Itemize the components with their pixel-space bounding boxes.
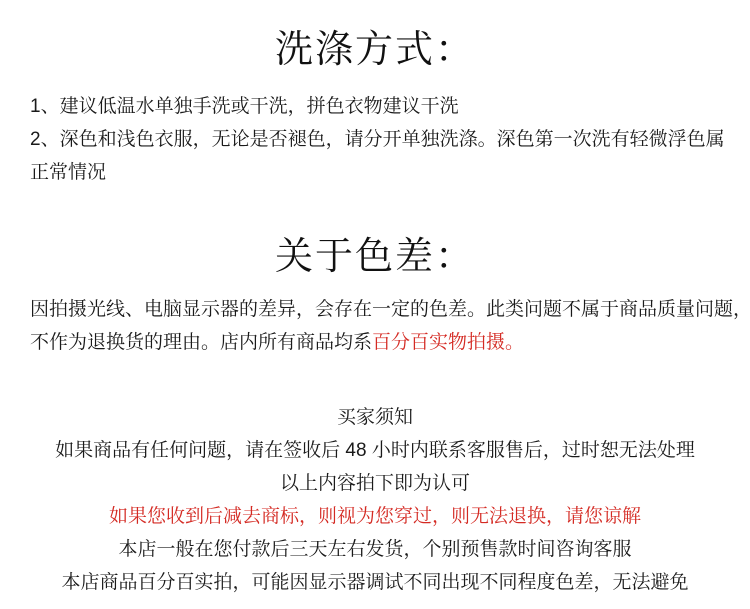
product-notice-page: 洗涤方式： 1、建议低温水单独手洗或干洗，拼色衣物建议干洗 2、深色和浅色衣服，…: [0, 0, 750, 609]
color-difference-line-2-text: 不作为退换货的理由。店内所有商品均系: [30, 332, 372, 353]
washing-method-title: 洗涤方式：: [0, 0, 750, 72]
buyer-notice-heading: 买家须知: [0, 401, 750, 434]
buyer-notice-line-1: 如果商品有任何问题，请在签收后 48 小时内联系客服售后，过时恕无法处理: [0, 434, 750, 467]
buyer-notice-line-2: 以上内容拍下即为认可: [0, 467, 750, 500]
buyer-notice-line-3-red-warning: 如果您收到后减去商标，则视为您穿过，则无法退换，请您谅解: [0, 500, 750, 533]
color-difference-title: 关于色差：: [0, 189, 750, 279]
buyer-notice-line-5: 本店商品百分百实拍，可能因显示器调试不同出现不同程度色差，无法避免: [0, 566, 750, 599]
buyer-notice-line-4: 本店一般在您付款后三天左右发货，个别预售款时间咨询客服: [0, 533, 750, 566]
washing-instruction-line-1: 1、建议低温水单独手洗或干洗，拼色衣物建议干洗: [30, 90, 720, 123]
color-difference-red-highlight: 百分百实物拍摄。: [372, 332, 524, 353]
washing-instruction-line-2: 2、深色和浅色衣服，无论是否褪色，请分开单独洗涤。深色第一次洗有轻微浮色属: [30, 123, 720, 156]
color-difference-line-1: 因拍摄光线、电脑显示器的差异，会存在一定的色差。此类问题不属于商品质量问题，: [30, 293, 720, 326]
washing-instructions-block: 1、建议低温水单独手洗或干洗，拼色衣物建议干洗 2、深色和浅色衣服，无论是否褪色…: [0, 90, 750, 189]
color-difference-line-2: 不作为退换货的理由。店内所有商品均系百分百实物拍摄。: [30, 326, 720, 359]
color-difference-block: 因拍摄光线、电脑显示器的差异，会存在一定的色差。此类问题不属于商品质量问题， 不…: [0, 293, 750, 359]
washing-instruction-line-3: 正常情况: [30, 156, 720, 189]
buyer-notice-block: 买家须知 如果商品有任何问题，请在签收后 48 小时内联系客服售后，过时恕无法处…: [0, 401, 750, 599]
